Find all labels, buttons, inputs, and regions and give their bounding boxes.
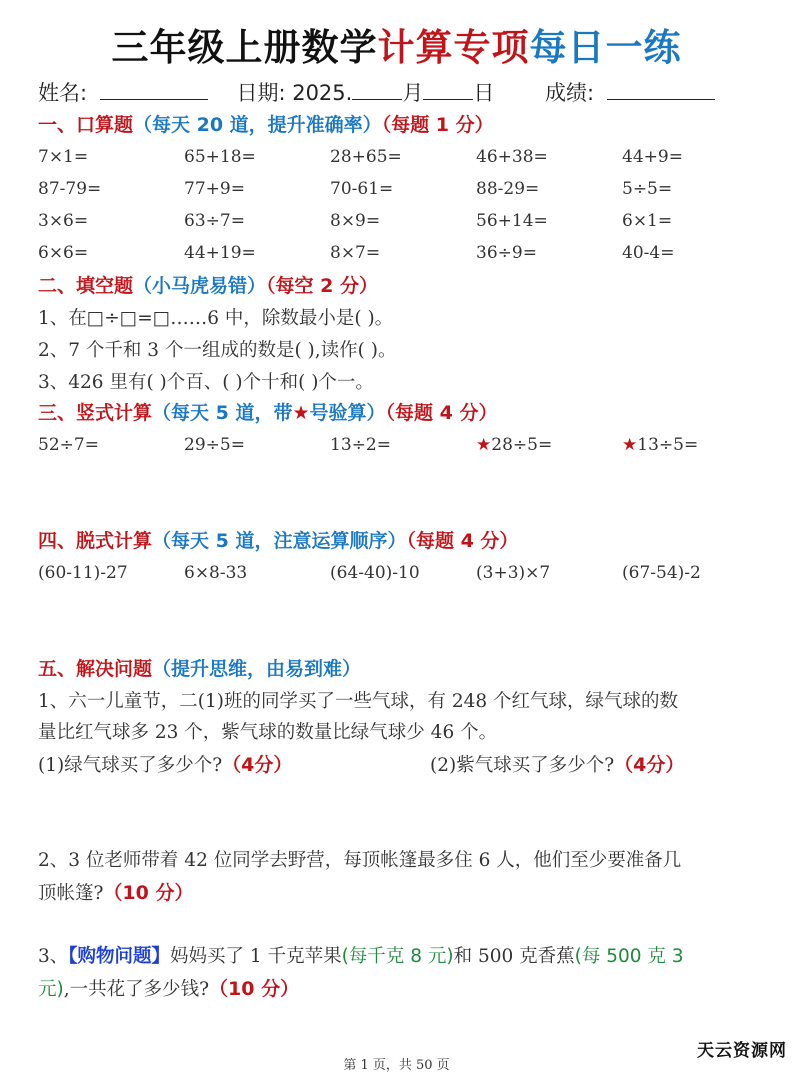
worksheet-title: 三年级上册数学计算专项每日一练 — [0, 22, 793, 74]
price-hint: 元) — [38, 979, 64, 1000]
section-4-note: （每天 5 道，注意运算顺序） — [152, 530, 406, 552]
section-2-note: （小马虎易错） — [133, 275, 266, 297]
sub-question-text: (2)紫气球买了多少个? — [430, 755, 614, 776]
star-icon: ★ — [292, 402, 309, 424]
step-problem: (3+3)×7 — [476, 563, 550, 583]
section-2-heading: 二、填空题（小马虎易错）（每空 2 分） — [38, 273, 378, 299]
oral-problem: 88-29= — [476, 179, 539, 199]
oral-problem: 6×6= — [38, 243, 88, 263]
title-part-topic: 计算专项 — [378, 26, 530, 69]
section-4-title: 四、脱式计算 — [38, 530, 152, 552]
section-1-points: （每题 1 分） — [382, 114, 494, 136]
month-label: 月 — [402, 81, 423, 105]
star-icon: ★ — [476, 435, 491, 455]
problem-2-line-2: 顶帐篷?（10 分） — [38, 880, 193, 907]
section-3-note-end: 号验算） — [310, 402, 386, 424]
score-label: 成绩: — [545, 81, 594, 105]
section-1-heading: 一、口算题（每天 20 道，提升准确率）（每题 1 分） — [38, 112, 494, 138]
price-hint: (每千克 8 元) — [342, 946, 454, 967]
page-number: 第 1 页，共 50 页 — [0, 1054, 793, 1072]
section-5-heading: 五、解决问题（提升思维，由易到难） — [38, 656, 361, 682]
title-part-daily: 每日一练 — [530, 26, 682, 69]
oral-problem: 5÷5= — [622, 179, 672, 199]
oral-problem: 87-79= — [38, 179, 101, 199]
month-blank[interactable] — [352, 78, 402, 100]
question-text: 妈妈买了 1 千克苹果 — [170, 946, 342, 967]
day-blank[interactable] — [423, 78, 473, 100]
oral-problem: 46+38= — [476, 147, 548, 167]
problem-1-sub-1: (1)绿气球买了多少个?（4分） — [38, 752, 292, 779]
oral-problem: 36÷9= — [476, 243, 537, 263]
student-info-line: 姓名: 日期: 2025.月日 成绩: — [38, 78, 715, 108]
section-1-note: （每天 20 道，提升准确率） — [133, 114, 382, 136]
step-problem: (60-11)-27 — [38, 563, 128, 583]
section-3-points: （每题 4 分） — [386, 402, 498, 424]
name-label: 姓名: — [38, 81, 87, 105]
vertical-problem: 29÷5= — [184, 435, 245, 455]
question-text: ,一共花了多少钱? — [64, 979, 209, 1000]
oral-problem: 3×6= — [38, 211, 88, 231]
title-part-grade: 三年级上册数学 — [112, 26, 378, 69]
shopping-problem-tag: 【购物问题】 — [68, 946, 170, 967]
oral-problem: 70-61= — [330, 179, 393, 199]
section-3-heading: 三、竖式计算（每天 5 道，带★号验算）（每题 4 分） — [38, 400, 497, 426]
oral-problem: 56+14= — [476, 211, 548, 231]
fill-blank-item-1: 1、在□÷□=□……6 中，除数最小是( )。 — [38, 306, 393, 332]
price-hint: (每 500 克 3 — [575, 946, 684, 967]
fill-blank-item-3: 3、426 里有( )个百、( )个十和( )个一。 — [38, 370, 374, 396]
vertical-problem: 13÷2= — [330, 435, 391, 455]
section-5-note: （提升思维，由易到难） — [152, 658, 361, 680]
problem-1-sub-2: (2)紫气球买了多少个?（4分） — [430, 752, 684, 779]
problem-1-line-1: 1、六一儿童节，二(1)班的同学买了一些气球，有 248 个红气球，绿气球的数 — [38, 689, 678, 715]
problem-2-line-1: 2、3 位老师带着 42 位同学去野营，每顶帐篷最多住 6 人，他们至少要准备几 — [38, 848, 681, 874]
section-3-note: （每天 5 道，带 — [152, 402, 292, 424]
oral-problem: 8×9= — [330, 211, 380, 231]
sub-question-text: (1)绿气球买了多少个? — [38, 755, 222, 776]
question-text: 顶帐篷? — [38, 883, 103, 904]
question-number: 3、 — [38, 946, 68, 967]
oral-problem: 77+9= — [184, 179, 245, 199]
oral-problem: 63÷7= — [184, 211, 245, 231]
problem-1-line-2: 量比红气球多 23 个，紫气球的数量比绿气球少 46 个。 — [38, 720, 497, 746]
section-4-heading: 四、脱式计算（每天 5 道，注意运算顺序）（每题 4 分） — [38, 528, 518, 554]
problem-3-line-2: 元),一共花了多少钱?（10 分） — [38, 976, 299, 1003]
day-label: 日 — [473, 81, 494, 105]
vertical-problem-starred: ★28÷5= — [476, 435, 552, 455]
date-label: 日期: 2025. — [236, 81, 352, 105]
vertical-problem-starred: ★13÷5= — [622, 435, 698, 455]
step-problem: 6×8-33 — [184, 563, 247, 583]
oral-problem: 44+19= — [184, 243, 256, 263]
fill-blank-item-2: 2、7 个千和 3 个一组成的数是( ),读作( )。 — [38, 338, 396, 364]
star-icon: ★ — [622, 435, 637, 455]
name-blank[interactable] — [100, 78, 208, 100]
section-4-points: （每题 4 分） — [406, 530, 518, 552]
problem-3-line-1: 3、【购物问题】妈妈买了 1 千克苹果(每千克 8 元)和 500 克香蕉(每 … — [38, 944, 684, 970]
oral-problem: 40-4= — [622, 243, 674, 263]
section-2-points: （每空 2 分） — [266, 275, 378, 297]
section-2-title: 二、填空题 — [38, 275, 133, 297]
step-problem: (64-40)-10 — [330, 563, 420, 583]
oral-problem: 7×1= — [38, 147, 88, 167]
points-label: （4分） — [222, 754, 292, 776]
oral-problem: 44+9= — [622, 147, 683, 167]
oral-problem: 6×1= — [622, 211, 672, 231]
points-label: （4分） — [614, 754, 684, 776]
step-problem: (67-54)-2 — [622, 563, 701, 583]
points-label: （10 分） — [209, 978, 299, 1000]
section-5-title: 五、解决问题 — [38, 658, 152, 680]
vertical-problem: 52÷7= — [38, 435, 99, 455]
section-3-title: 三、竖式计算 — [38, 402, 152, 424]
points-label: （10 分） — [103, 882, 193, 904]
oral-problem: 65+18= — [184, 147, 256, 167]
oral-problem: 8×7= — [330, 243, 380, 263]
section-1-title: 一、口算题 — [38, 114, 133, 136]
question-text: 和 500 克香蕉 — [454, 946, 575, 967]
problem-text: 13÷5= — [637, 435, 698, 455]
score-blank[interactable] — [607, 78, 715, 100]
oral-problem: 28+65= — [330, 147, 402, 167]
problem-text: 28÷5= — [491, 435, 552, 455]
